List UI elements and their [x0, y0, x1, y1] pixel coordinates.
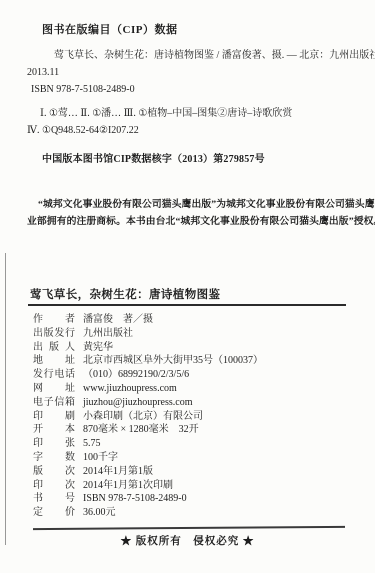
row-value: 黄宪华	[83, 338, 113, 353]
row-label: 发行电话	[33, 365, 75, 380]
table-row: 书号ISBN 978-7-5108-2489-0	[33, 489, 363, 503]
row-label: 开本	[33, 420, 75, 435]
copyright-page: 图书在版编目（CIP）数据 莺飞草长、杂树生花：唐诗植物图鉴 / 潘富俊著、摄.…	[0, 0, 375, 573]
row-value: 潘富俊 著／摄	[83, 310, 153, 325]
colophon-table: 作者潘富俊 著／摄出版发行九州出版社出版人黄宪华地址北京市西城区阜外大街甲35号…	[33, 310, 363, 517]
row-value: （010）68992190/2/3/5/6	[83, 365, 189, 380]
trademark-license-note: “城邦文化事业股份有限公司猫头鹰出版”为城邦文化事业股份有限公司猫头鹰出版事 业…	[27, 196, 367, 230]
table-row: 地址北京市西城区阜外大街甲35号（100037）	[33, 351, 363, 365]
table-row: 开本870毫米 × 1280毫米 32开	[33, 420, 363, 434]
book-title: 莺飞草长，杂树生花：唐诗植物图鉴	[30, 286, 220, 302]
table-row: 印张5.75	[33, 434, 363, 448]
table-row: 版次2014年1月第1版	[33, 462, 363, 476]
row-label: 印张	[33, 434, 75, 449]
star-icon: ★	[121, 536, 133, 547]
table-row: 出版人黄宪华	[33, 338, 363, 352]
row-label: 作者	[33, 310, 75, 325]
divider-rule-top	[28, 304, 346, 306]
row-value: 九州出版社	[83, 324, 133, 339]
table-row: 网址www.jiuzhoupress.com	[33, 379, 363, 393]
table-row: 发行电话（010）68992190/2/3/5/6	[33, 365, 363, 379]
row-label: 地址	[33, 351, 75, 366]
scan-edge-artifact	[5, 253, 6, 545]
row-value: www.jiuzhoupress.com	[83, 383, 177, 394]
cip-header: 图书在版编目（CIP）数据	[42, 21, 177, 37]
cip-classification-line-2: Ⅳ. ①Q948.52-64②I207.22	[27, 122, 363, 139]
copyright-notice: ★ 版权所有 侵权必究 ★	[0, 533, 375, 548]
spacer	[27, 139, 363, 151]
table-row: 印次2014年1月第1次印刷	[33, 476, 363, 490]
row-value: 小森印刷（北京）有限公司	[83, 407, 203, 422]
cip-entry-line-2: 2013.11	[27, 64, 363, 81]
row-label: 印次	[33, 476, 75, 491]
table-row: 印刷小森印刷（北京）有限公司	[33, 407, 363, 421]
table-row: 出版发行九州出版社	[33, 324, 363, 338]
table-row: 电子信箱jiuzhou@jiuzhoupress.com	[33, 393, 363, 407]
row-label: 字数	[33, 448, 75, 463]
row-label: 网址	[33, 379, 75, 394]
row-label: 定价	[33, 503, 75, 518]
table-row: 定价36.00元	[33, 503, 363, 517]
spacer	[27, 98, 363, 105]
star-icon: ★	[243, 536, 255, 547]
row-value: 870毫米 × 1280毫米 32开	[83, 420, 199, 435]
row-label: 印刷	[33, 407, 75, 422]
divider-rule-bottom	[33, 526, 345, 530]
row-value: 北京市西城区阜外大街甲35号（100037）	[83, 351, 263, 366]
row-label: 书号	[33, 489, 75, 504]
row-value: 36.00元	[83, 503, 116, 518]
row-value: 100千字	[83, 448, 118, 463]
table-row: 字数100千字	[33, 448, 363, 462]
cip-entry-line-1: 莺飞草长、杂树生花：唐诗植物图鉴 / 潘富俊著、摄. — 北京：九州出版社,	[27, 47, 363, 64]
cip-registry-line: 中国版本图书馆CIP数据核字（2013）第279857号	[27, 151, 363, 168]
row-label: 出版发行	[33, 324, 75, 339]
row-label: 出版人	[33, 338, 75, 353]
table-row: 作者潘富俊 著／摄	[33, 310, 363, 324]
license-line-2: 业部拥有的注册商标。本书由台北“城邦文化事业股份有限公司猫头鹰出版”授权。	[27, 213, 367, 230]
cip-data-block: 莺飞草长、杂树生花：唐诗植物图鉴 / 潘富俊著、摄. — 北京：九州出版社, 2…	[27, 47, 363, 168]
cip-classification-line-1: Ⅰ. ①莺… Ⅱ. ①潘… Ⅲ. ①植物–中国–图集②唐诗–诗歌欣赏	[27, 105, 363, 122]
row-label: 电子信箱	[33, 393, 75, 408]
copyright-notice-text: 版权所有 侵权必究	[136, 536, 240, 547]
row-value: 2014年1月第1版	[83, 462, 153, 477]
cip-isbn-line: ISBN 978-7-5108-2489-0	[27, 81, 363, 98]
row-label: 版次	[33, 462, 75, 477]
license-line-1: “城邦文化事业股份有限公司猫头鹰出版”为城邦文化事业股份有限公司猫头鹰出版事	[27, 196, 367, 213]
row-value: 2014年1月第1次印刷	[83, 476, 173, 491]
